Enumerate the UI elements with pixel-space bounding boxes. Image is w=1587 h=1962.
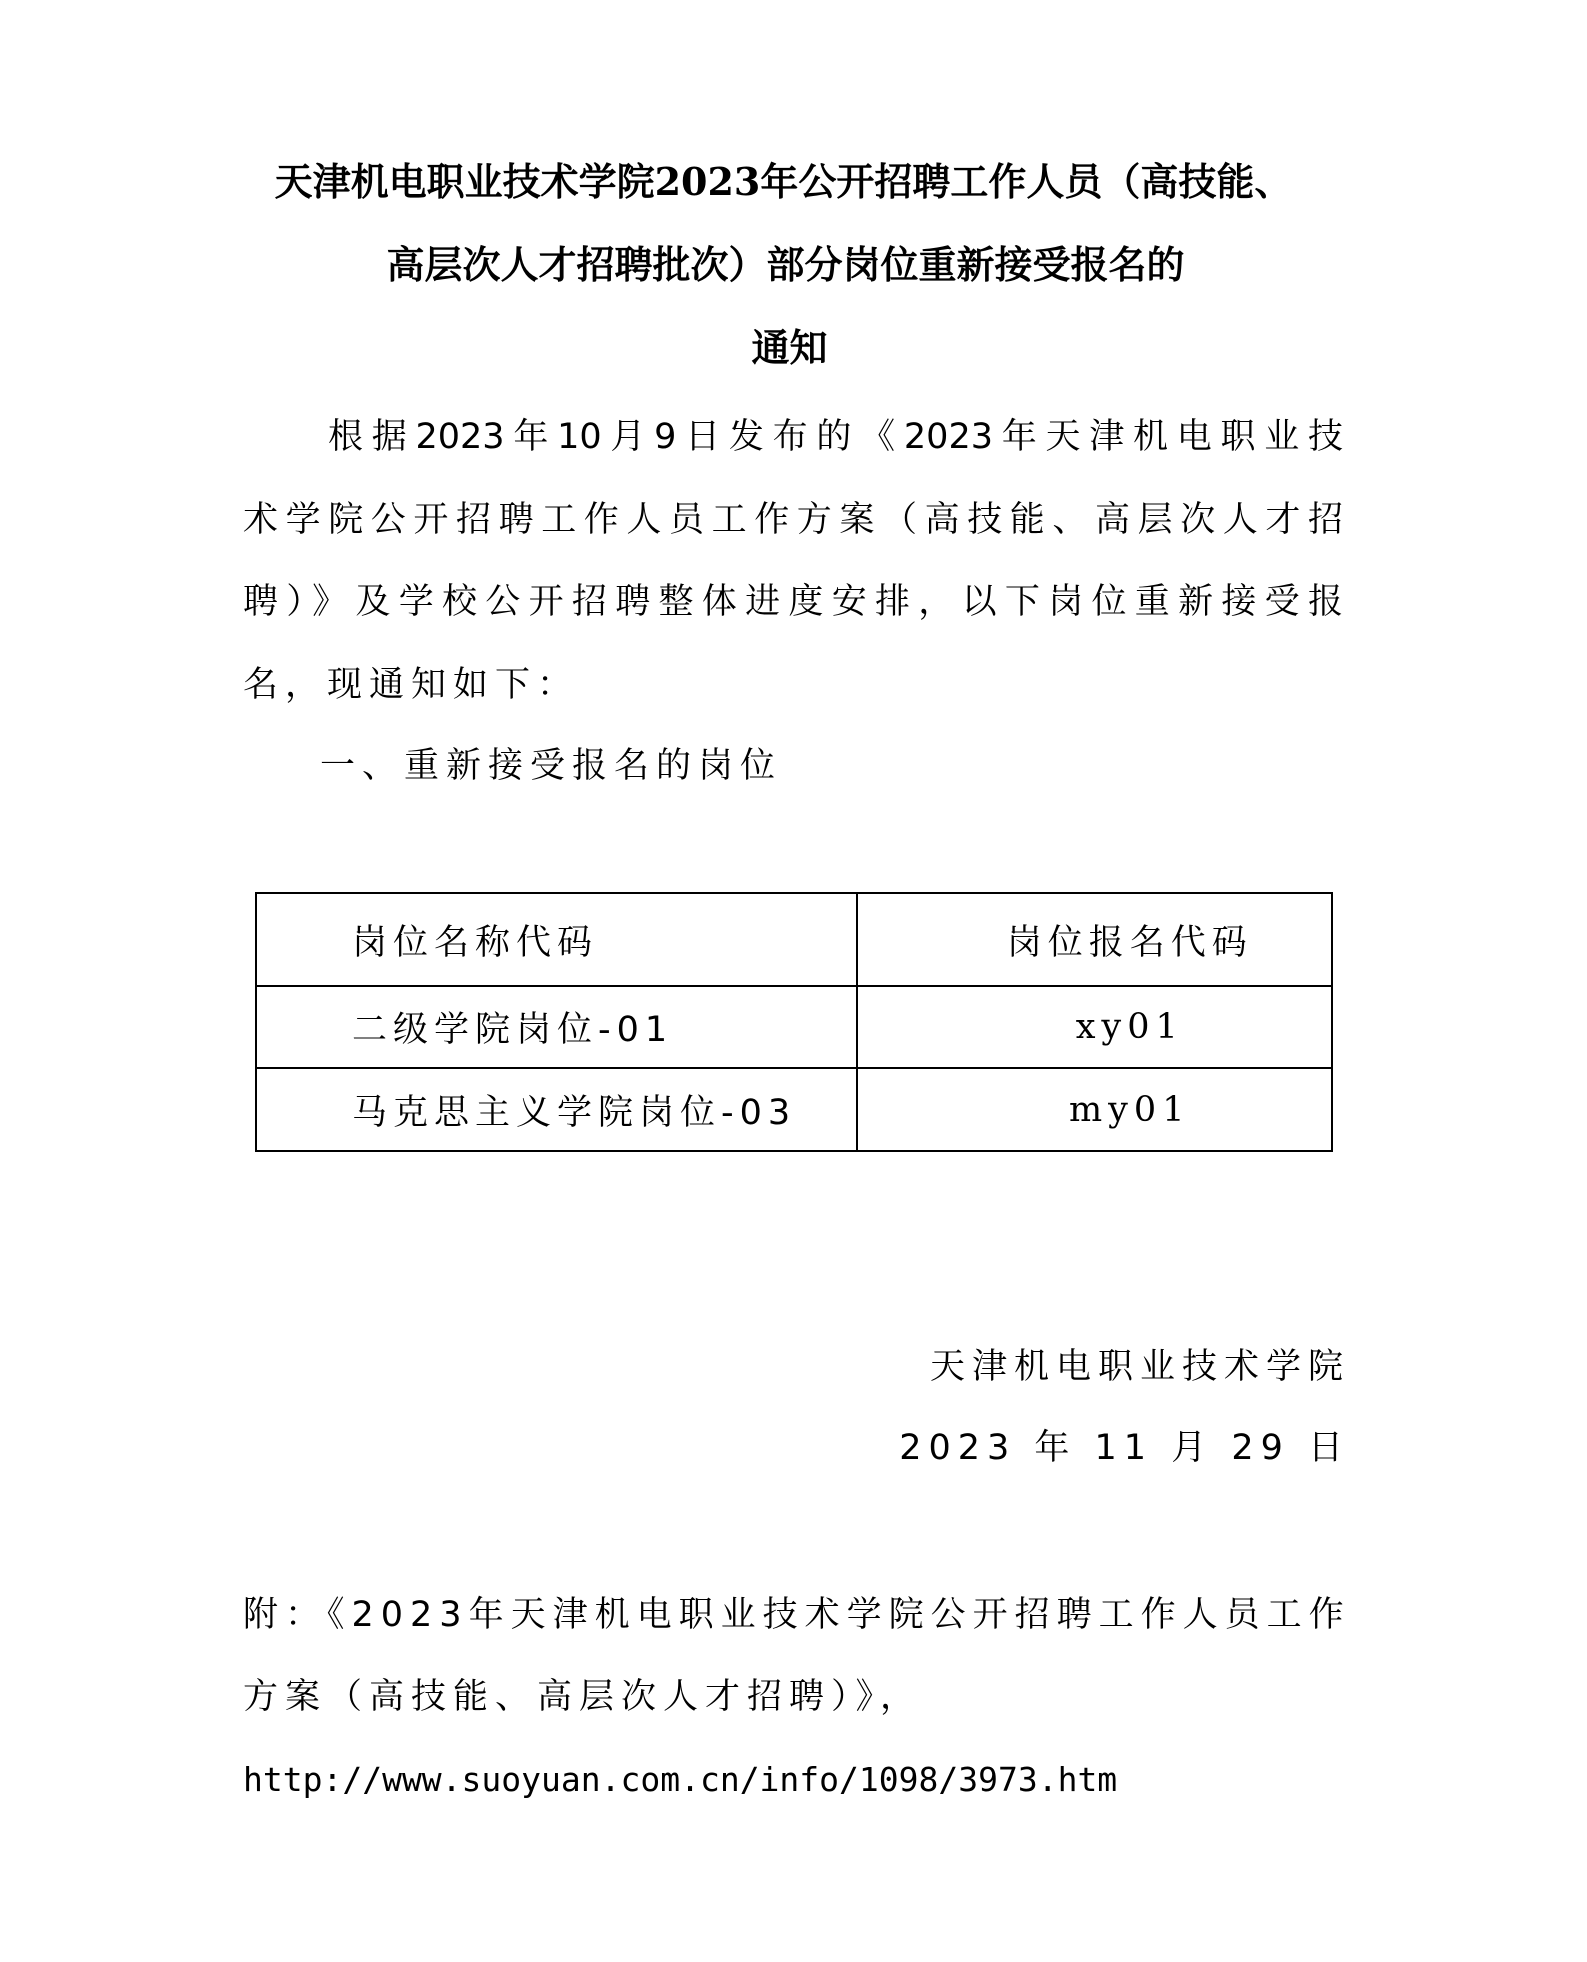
position-name-cell: 二级学院岗位-01 xyxy=(256,986,857,1068)
table-row: 二级学院岗位-01 xy01 xyxy=(256,986,1332,1068)
body-paragraph-line-4: 名，现通知如下： xyxy=(243,662,1343,708)
attachment-line-2: 方案（高技能、高层次人才招聘）》， xyxy=(243,1674,922,1720)
document-title-line-3: 通知 xyxy=(0,323,1583,373)
registration-code-cell: my01 xyxy=(857,1068,1332,1151)
document-title-line-2: 高层次人才招聘批次）部分岗位重新接受报名的 xyxy=(0,240,1579,290)
table-row: 马克思主义学院岗位-03 my01 xyxy=(256,1068,1332,1151)
registration-code-cell: xy01 xyxy=(857,986,1332,1068)
body-paragraph-line-3: 聘）》及学校公开招聘整体进度安排，以下岗位重新接受报 xyxy=(243,579,1343,625)
table-header-row: 岗位名称代码 岗位报名代码 xyxy=(256,893,1332,986)
body-paragraph-line-2: 术学院公开招聘工作人员工作方案（高技能、高层次人才招 xyxy=(243,497,1343,543)
signature-date: 2023 年 11 月 29 日 xyxy=(899,1425,1350,1471)
signature-organization: 天津机电职业技术学院 xyxy=(930,1344,1350,1390)
column-header-position-name-code: 岗位名称代码 xyxy=(256,893,857,986)
document-page: 天津机电职业技术学院2023年公开招聘工作人员（高技能、 高层次人才招聘批次）部… xyxy=(0,0,1587,1962)
attachment-line-1: 附：《2023年天津机电职业技术学院公开招聘工作人员工作 xyxy=(243,1592,1343,1638)
document-title-line-1: 天津机电职业技术学院2023年公开招聘工作人员（高技能、 xyxy=(0,157,1577,207)
column-header-registration-code: 岗位报名代码 xyxy=(857,893,1332,986)
body-paragraph-line-1: 根据2023年10月9日发布的《2023年天津机电职业技 xyxy=(328,414,1343,460)
position-name-cell: 马克思主义学院岗位-03 xyxy=(256,1068,857,1151)
positions-table: 岗位名称代码 岗位报名代码 二级学院岗位-01 xy01 马克思主义学院岗位-0… xyxy=(255,892,1333,1152)
section-heading: 一、重新接受报名的岗位 xyxy=(320,743,782,789)
attachment-url-link[interactable]: http://www.suoyuan.com.cn/info/1098/3973… xyxy=(243,1757,1117,1803)
